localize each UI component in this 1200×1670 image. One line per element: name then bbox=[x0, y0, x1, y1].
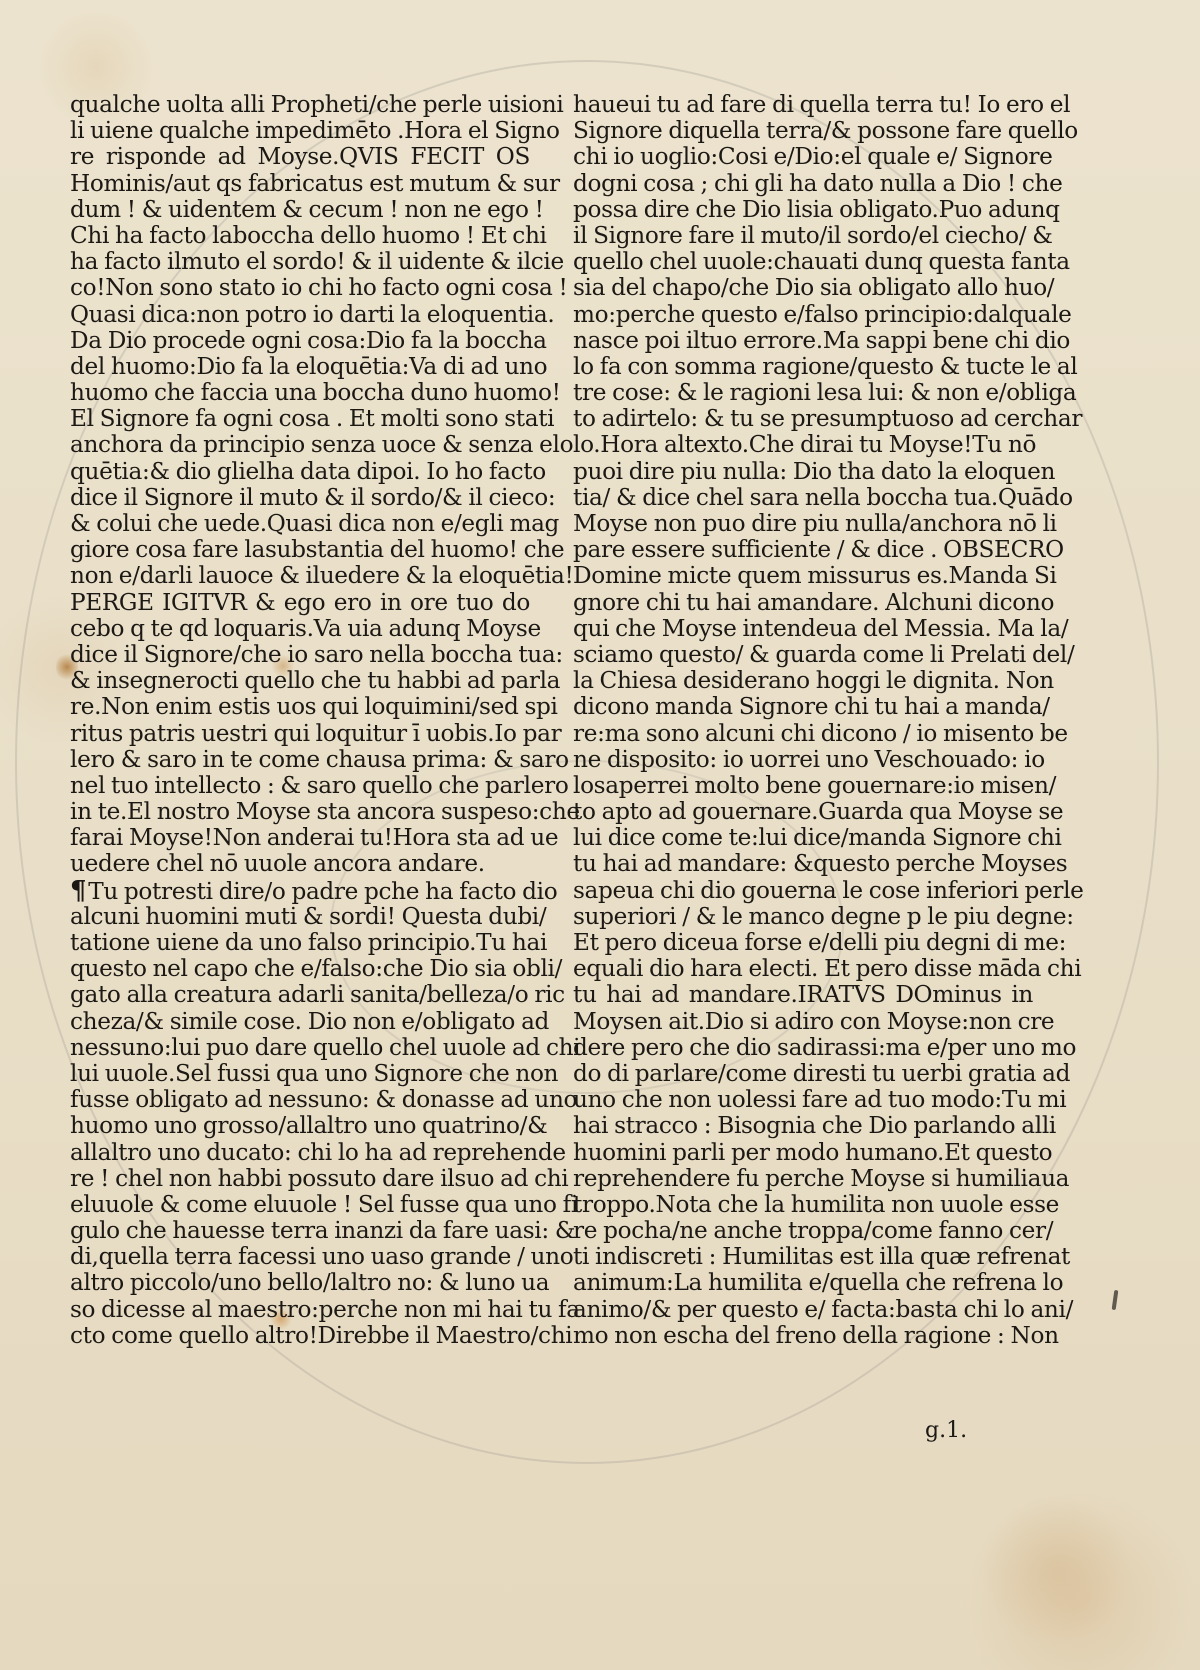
document-page: qualche uolta alli Propheti/che perle ui… bbox=[0, 0, 1200, 1670]
text-line: hai stracco : Bisognia che Dio parlando … bbox=[573, 1113, 1033, 1139]
text-line: puoi dire piu nulla: Dio tha dato la elo… bbox=[573, 459, 1033, 485]
text-line: gato alla creatura adarli sanita/belleza… bbox=[70, 982, 530, 1008]
text-line: cheza/& simile cose. Dio non e/obligato … bbox=[70, 1009, 530, 1035]
text-line: eluuole & come eluuole ! Sel fusse qua u… bbox=[70, 1192, 530, 1218]
text-line: altro piccolo/uno bello/laltro no: & lun… bbox=[70, 1270, 530, 1296]
text-line: re:ma sono alcuni chi dicono / io misent… bbox=[573, 721, 1033, 747]
text-line: & insegnerocti quello che tu habbi ad pa… bbox=[70, 668, 530, 694]
text-line: re risponde ad Moyse.QVIS FECIT OS bbox=[70, 144, 530, 170]
text-line: equali dio hara electi. Et pero disse mā… bbox=[573, 956, 1033, 982]
signature-mark: g.1. bbox=[925, 1418, 967, 1443]
text-line: Et pero diceua forse e/delli piu degni d… bbox=[573, 930, 1033, 956]
text-line: del huomo:Dio fa la eloquētia:Va di ad u… bbox=[70, 354, 530, 380]
text-line: lui uuole.Sel fussi qua uno Signore che … bbox=[70, 1061, 530, 1087]
text-line: lui dice come te:lui dice/manda Signore … bbox=[573, 825, 1033, 851]
text-line: la Chiesa desiderano hoggi le dignita. N… bbox=[573, 668, 1033, 694]
text-line: quētia:& dio glielha data dipoi. Io ho f… bbox=[70, 459, 530, 485]
text-line: re pocha/ne anche troppa/come fanno cer/ bbox=[573, 1218, 1033, 1244]
text-line: dere pero che dio sadirassi:ma e/per uno… bbox=[573, 1035, 1033, 1061]
text-line: reprehendere fu perche Moyse si humiliau… bbox=[573, 1166, 1033, 1192]
text-line: Moyse non puo dire piu nulla/anchora nō … bbox=[573, 511, 1033, 537]
text-line: losaperrei molto bene gouernare:io misen… bbox=[573, 773, 1033, 799]
text-line: alcuni huomini muti & sordi! Questa dubi… bbox=[70, 904, 530, 930]
text-line: uedere chel nō uuole ancora andare. bbox=[70, 851, 530, 877]
text-line: to adirtelo: & tu se presumptuoso ad cer… bbox=[573, 406, 1033, 432]
pilcrow-icon: ¶ bbox=[70, 876, 86, 906]
text-line: questo nel capo che e/falso:che Dio sia … bbox=[70, 956, 530, 982]
text-line: cebo q te qd loquaris.Va uia adunq Moyse bbox=[70, 616, 530, 642]
text-line: huomo che faccia una boccha duno huomo! bbox=[70, 380, 530, 406]
right-text-column: haueui tu ad fare di quella terra tu! Io… bbox=[573, 92, 1033, 1349]
text-line: mo non escha del freno della ragione : N… bbox=[573, 1323, 1033, 1349]
text-line: sapeua chi dio gouerna le cose inferiori… bbox=[573, 878, 1033, 904]
text-line: tu hai ad mandare.IRATVS DOminus in bbox=[573, 982, 1033, 1008]
text-line: pare essere sufficiente / & dice . OBSEC… bbox=[573, 537, 1033, 563]
text-line: nessuno:lui puo dare quello chel uuole a… bbox=[70, 1035, 530, 1061]
text-line: in te.El nostro Moyse sta ancora suspeso… bbox=[70, 799, 530, 825]
text-line: dice il Signore/che io saro nella boccha… bbox=[70, 642, 530, 668]
text-line: ¶Tu potresti dire/o padre pche ha facto … bbox=[70, 878, 530, 904]
text-line: ti indiscreti : Humilitas est illa quæ r… bbox=[573, 1244, 1033, 1270]
text-line: anchora da principio senza uoce & senza … bbox=[70, 432, 530, 458]
text-line: re ! chel non habbi possuto dare ilsuo a… bbox=[70, 1166, 530, 1192]
text-line: Domine micte quem missurus es.Manda Si bbox=[573, 563, 1033, 589]
text-line: il Signore fare il muto/il sordo/el ciec… bbox=[573, 223, 1033, 249]
text-line: ritus patris uestri qui loquitur ī uobis… bbox=[70, 721, 530, 747]
text-line: sciamo questo/ & guarda come li Prelati … bbox=[573, 642, 1033, 668]
text-line: ha facto ilmuto el sordo! & il uidente &… bbox=[70, 249, 530, 275]
text-line: sia del chapo/che Dio sia obligato allo … bbox=[573, 275, 1033, 301]
text-line: uno che non uolessi fare ad tuo modo:Tu … bbox=[573, 1087, 1033, 1113]
text-line: farai Moyse!Non anderai tu!Hora sta ad u… bbox=[70, 825, 530, 851]
text-line: tu hai ad mandare: &questo perche Moyses bbox=[573, 851, 1033, 877]
text-line: animum:La humilita e/quella che refrena … bbox=[573, 1270, 1033, 1296]
text-line: Chi ha facto laboccha dello huomo ! Et c… bbox=[70, 223, 530, 249]
text-line: mo:perche questo e/falso principio:dalqu… bbox=[573, 302, 1033, 328]
text-line: cto come quello altro!Direbbe il Maestro… bbox=[70, 1323, 530, 1349]
text-line-content: Tu potresti dire/o padre pche ha facto d… bbox=[88, 878, 557, 905]
text-line: nel tuo intellecto : & saro quello che p… bbox=[70, 773, 530, 799]
text-line: gulo che hauesse terra inanzi da fare ua… bbox=[70, 1218, 530, 1244]
text-line: non e/darli lauoce & iluedere & la eloqu… bbox=[70, 563, 530, 589]
text-line: co!Non sono stato io chi ho facto ogni c… bbox=[70, 275, 530, 301]
text-line: lo.Hora altexto.Che dirai tu Moyse!Tu nō bbox=[573, 432, 1033, 458]
text-line: tatione uiene da uno falso principio.Tu … bbox=[70, 930, 530, 956]
text-line: fusse obligato ad nessuno: & donasse ad … bbox=[70, 1087, 530, 1113]
text-line: possa dire che Dio lisia obligato.Puo ad… bbox=[573, 197, 1033, 223]
text-line: re.Non enim estis uos qui loquimini/sed … bbox=[70, 694, 530, 720]
text-line: animo/& per questo e/ facta:basta chi lo… bbox=[573, 1297, 1033, 1323]
text-line: so dicesse al maestro:perche non mi hai … bbox=[70, 1297, 530, 1323]
text-line: qualche uolta alli Propheti/che perle ui… bbox=[70, 92, 530, 118]
text-line: dice il Signore il muto & il sordo/& il … bbox=[70, 485, 530, 511]
text-line: Quasi dica:non potro io darti la eloquen… bbox=[70, 302, 530, 328]
text-line: Moysen ait.Dio si adiro con Moyse:non cr… bbox=[573, 1009, 1033, 1035]
text-line: huomini parli per modo humano.Et questo bbox=[573, 1140, 1033, 1166]
text-line: Signore diquella terra/& possone fare qu… bbox=[573, 118, 1033, 144]
text-line: dicono manda Signore chi tu hai a manda/ bbox=[573, 694, 1033, 720]
text-line: tia/ & dice chel sara nella boccha tua.Q… bbox=[573, 485, 1033, 511]
text-line: li uiene qualche impedimēto .Hora el Sig… bbox=[70, 118, 530, 144]
text-line: dogni cosa ; chi gli ha dato nulla a Dio… bbox=[573, 171, 1033, 197]
text-line: lero & saro in te come chausa prima: & s… bbox=[70, 747, 530, 773]
text-line: to apto ad gouernare.Guarda qua Moyse se bbox=[573, 799, 1033, 825]
text-line: tre cose: & le ragioni lesa lui: & non e… bbox=[573, 380, 1033, 406]
text-line: allaltro uno ducato: chi lo ha ad repreh… bbox=[70, 1140, 530, 1166]
text-line: Hominis/aut qs fabricatus est mutum & su… bbox=[70, 171, 530, 197]
text-line: quello chel uuole:chauati dunq questa fa… bbox=[573, 249, 1033, 275]
text-line: di,quella terra facessi uno uaso grande … bbox=[70, 1244, 530, 1270]
text-line: gnore chi tu hai amandare. Alchuni dicon… bbox=[573, 590, 1033, 616]
text-line: giore cosa fare lasubstantia del huomo! … bbox=[70, 537, 530, 563]
text-line: ne disposito: io uorrei uno Veschouado: … bbox=[573, 747, 1033, 773]
text-line: PERGE IGITVR & ego ero in ore tuo do bbox=[70, 590, 530, 616]
text-line: troppo.Nota che la humilita non uuole es… bbox=[573, 1192, 1033, 1218]
text-line: qui che Moyse intendeua del Messia. Ma l… bbox=[573, 616, 1033, 642]
text-line: El Signore fa ogni cosa . Et molti sono … bbox=[70, 406, 530, 432]
text-line: Da Dio procede ogni cosa:Dio fa la bocch… bbox=[70, 328, 530, 354]
text-line: chi io uoglio:Cosi e/Dio:el quale e/ Sig… bbox=[573, 144, 1033, 170]
text-line: huomo uno grosso/allaltro uno quatrino/& bbox=[70, 1113, 530, 1139]
ink-blot bbox=[1112, 1290, 1119, 1310]
text-line: superiori / & le manco degne p le piu de… bbox=[573, 904, 1033, 930]
left-text-column: qualche uolta alli Propheti/che perle ui… bbox=[70, 92, 530, 1349]
text-line: do di parlare/come diresti tu uerbi grat… bbox=[573, 1061, 1033, 1087]
text-line: nasce poi iltuo errore.Ma sappi bene chi… bbox=[573, 328, 1033, 354]
text-line: lo fa con somma ragione/questo & tucte l… bbox=[573, 354, 1033, 380]
text-line: haueui tu ad fare di quella terra tu! Io… bbox=[573, 92, 1033, 118]
text-line: & colui che uede.Quasi dica non e/egli m… bbox=[70, 511, 530, 537]
text-line: dum ! & uidentem & cecum ! non ne ego ! bbox=[70, 197, 530, 223]
